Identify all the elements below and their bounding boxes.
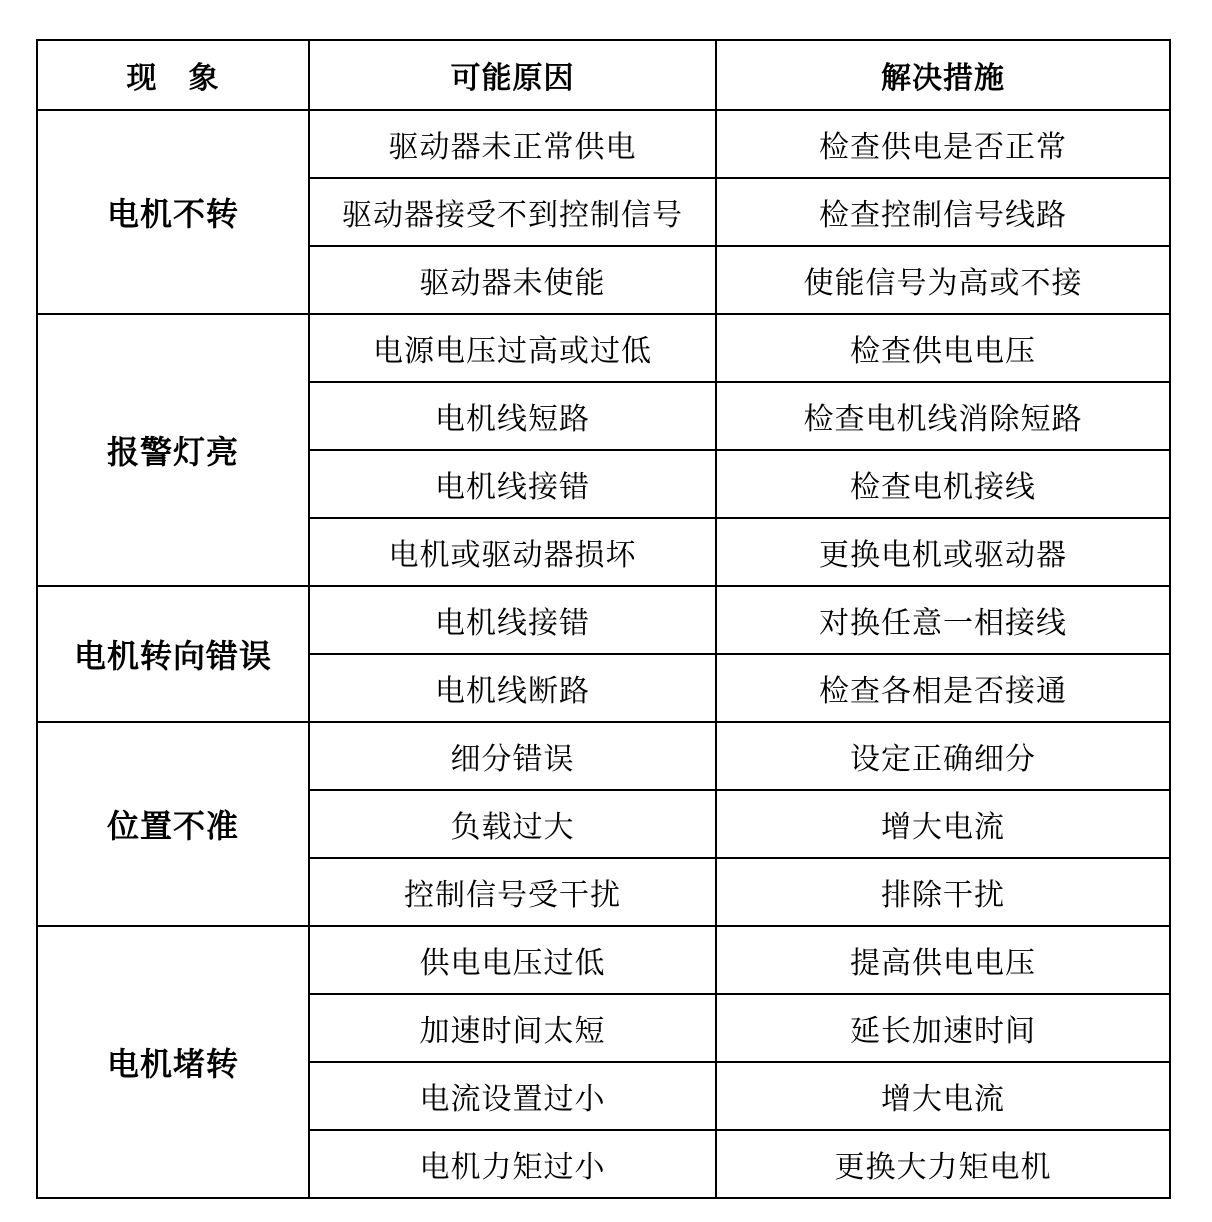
column-header-cause: 可能原因 xyxy=(309,40,716,110)
phenomenon-cell: 电机堵转 xyxy=(37,926,309,1198)
table-row: 电机堵转供电电压过低提高供电电压 xyxy=(37,926,1170,994)
solution-cell: 检查电机接线 xyxy=(716,450,1170,518)
cause-cell: 负载过大 xyxy=(309,790,716,858)
solution-cell: 对换任意一相接线 xyxy=(716,586,1170,654)
table-row: 电机转向错误电机线接错对换任意一相接线 xyxy=(37,586,1170,654)
solution-cell: 排除干扰 xyxy=(716,858,1170,926)
cause-cell: 驱动器未使能 xyxy=(309,246,716,314)
cause-cell: 电机线接错 xyxy=(309,586,716,654)
solution-cell: 增大电流 xyxy=(716,1062,1170,1130)
cause-cell: 驱动器接受不到控制信号 xyxy=(309,178,716,246)
phenomenon-cell: 位置不准 xyxy=(37,722,309,926)
table-row: 位置不准细分错误设定正确细分 xyxy=(37,722,1170,790)
solution-cell: 检查供电是否正常 xyxy=(716,110,1170,178)
solution-cell: 更换电机或驱动器 xyxy=(716,518,1170,586)
cause-cell: 电机力矩过小 xyxy=(309,1130,716,1198)
table-row: 报警灯亮电源电压过高或过低检查供电电压 xyxy=(37,314,1170,382)
solution-cell: 设定正确细分 xyxy=(716,722,1170,790)
cause-cell: 电机线接错 xyxy=(309,450,716,518)
solution-cell: 增大电流 xyxy=(716,790,1170,858)
solution-cell: 提高供电电压 xyxy=(716,926,1170,994)
troubleshooting-table-container: 现 象 可能原因 解决措施 电机不转驱动器未正常供电检查供电是否正常驱动器接受不… xyxy=(36,39,1171,1199)
solution-cell: 使能信号为高或不接 xyxy=(716,246,1170,314)
table-body: 电机不转驱动器未正常供电检查供电是否正常驱动器接受不到控制信号检查控制信号线路驱… xyxy=(37,110,1170,1198)
cause-cell: 电机或驱动器损坏 xyxy=(309,518,716,586)
solution-cell: 延长加速时间 xyxy=(716,994,1170,1062)
solution-cell: 更换大力矩电机 xyxy=(716,1130,1170,1198)
solution-cell: 检查控制信号线路 xyxy=(716,178,1170,246)
cause-cell: 细分错误 xyxy=(309,722,716,790)
cause-cell: 供电电压过低 xyxy=(309,926,716,994)
cause-cell: 驱动器未正常供电 xyxy=(309,110,716,178)
cause-cell: 电机线断路 xyxy=(309,654,716,722)
phenomenon-cell: 电机转向错误 xyxy=(37,586,309,722)
column-header-phenomenon: 现 象 xyxy=(37,40,309,110)
cause-cell: 控制信号受干扰 xyxy=(309,858,716,926)
cause-cell: 电源电压过高或过低 xyxy=(309,314,716,382)
troubleshooting-table: 现 象 可能原因 解决措施 电机不转驱动器未正常供电检查供电是否正常驱动器接受不… xyxy=(36,39,1171,1199)
phenomenon-cell: 报警灯亮 xyxy=(37,314,309,586)
cause-cell: 加速时间太短 xyxy=(309,994,716,1062)
cause-cell: 电机线短路 xyxy=(309,382,716,450)
table-header: 现 象 可能原因 解决措施 xyxy=(37,40,1170,110)
solution-cell: 检查各相是否接通 xyxy=(716,654,1170,722)
solution-cell: 检查电机线消除短路 xyxy=(716,382,1170,450)
phenomenon-cell: 电机不转 xyxy=(37,110,309,314)
cause-cell: 电流设置过小 xyxy=(309,1062,716,1130)
solution-cell: 检查供电电压 xyxy=(716,314,1170,382)
column-header-solution: 解决措施 xyxy=(716,40,1170,110)
table-row: 电机不转驱动器未正常供电检查供电是否正常 xyxy=(37,110,1170,178)
header-row: 现 象 可能原因 解决措施 xyxy=(37,40,1170,110)
